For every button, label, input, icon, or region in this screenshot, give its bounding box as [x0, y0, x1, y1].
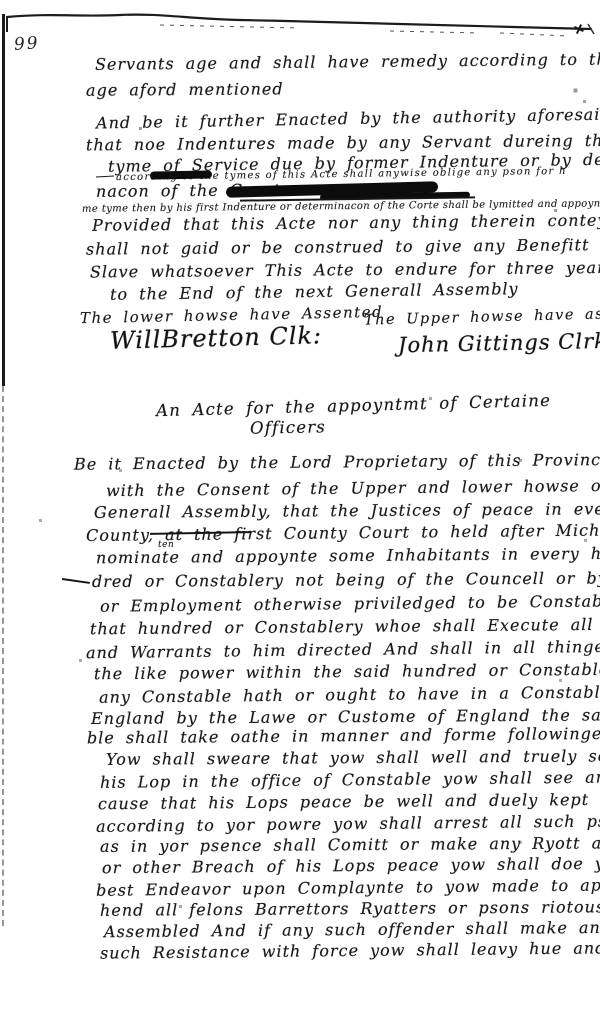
manuscript-line: age aford mentioned [86, 79, 284, 99]
page-left-edge-upper [2, 14, 5, 386]
manuscript-line: with the Consent of the Upper and lower … [106, 475, 600, 500]
page-top-edge [0, 0, 600, 46]
manuscript-line: Generall Assembly, that the Justices of … [94, 499, 600, 522]
scan-noise-specks [0, 0, 1, 1]
manuscript-line: hend all felons Barrettors Ryatters or p… [100, 897, 600, 920]
manuscript-line: according to yor powre yow shall arrest … [96, 811, 600, 836]
manuscript-line: that hundred or Constablery whoe shall E… [90, 615, 600, 639]
manuscript-line: as in yor psence shall Comitt or make an… [100, 833, 600, 856]
manuscript-line: Be it Enacted by the Lord Proprietary of… [74, 449, 600, 473]
manuscript-line: And be it further Enacted by the authori… [96, 105, 600, 133]
manuscript-line: or other Breach of his Lops peace yow sh… [102, 854, 600, 878]
lead-in-swash [62, 578, 90, 583]
manuscript-page: 99 Servants age and shall have remedy ac… [0, 0, 600, 1023]
manuscript-line: best Endeavor upon Complaynte to yow mad… [96, 875, 600, 900]
manuscript-line: nominate and appoynte some Inhabitants i… [96, 544, 600, 568]
manuscript-line: or Employment otherwise priviledged to b… [100, 591, 600, 616]
manuscript-line: to the End of the next Generall Assembly [110, 279, 519, 304]
manuscript-line: his Lop in the office of Constable yow s… [100, 767, 600, 792]
page-left-edge-lower [2, 386, 4, 926]
manuscript-line: shall not gaid or be construed to give a… [86, 234, 600, 258]
upper-house-assent-label: The Upper howse have assen: [364, 305, 600, 328]
manuscript-line: dred or Constablery not being of the Cou… [92, 568, 600, 591]
manuscript-line: Servants age and shall have remedy accor… [95, 49, 600, 74]
page-number: 99 [13, 33, 40, 55]
manuscript-line: Assembled And if any such offender shall… [104, 918, 600, 941]
ink-blot-small [150, 170, 212, 179]
interline-dash [96, 176, 114, 178]
manuscript-line: and Warrants to him directed And shall i… [86, 637, 600, 663]
manuscript-line: ble shall take oathe in manner and forme… [87, 724, 600, 748]
upper-house-clerk-signature: John Gittings Clrk: [398, 329, 600, 358]
manuscript-line: Yow shall sweare that yow shall well and… [106, 746, 600, 769]
act-title-line1: An Acte for the appoyntmt of Certaine [156, 391, 551, 420]
manuscript-line: such Resistance with force yow shall lea… [100, 938, 600, 962]
lower-house-clerk-signature: WillBretton Clk: [110, 321, 323, 355]
act-title-line2: Officers [250, 417, 326, 437]
manuscript-line: any Constable hath or ought to have in a… [99, 682, 600, 707]
manuscript-line: Slave whatsoever This Acte to endure for… [90, 258, 600, 282]
manuscript-line: the like power within the said hundred o… [94, 660, 600, 683]
manuscript-line: cause that his Lops peace be well and du… [98, 790, 600, 814]
